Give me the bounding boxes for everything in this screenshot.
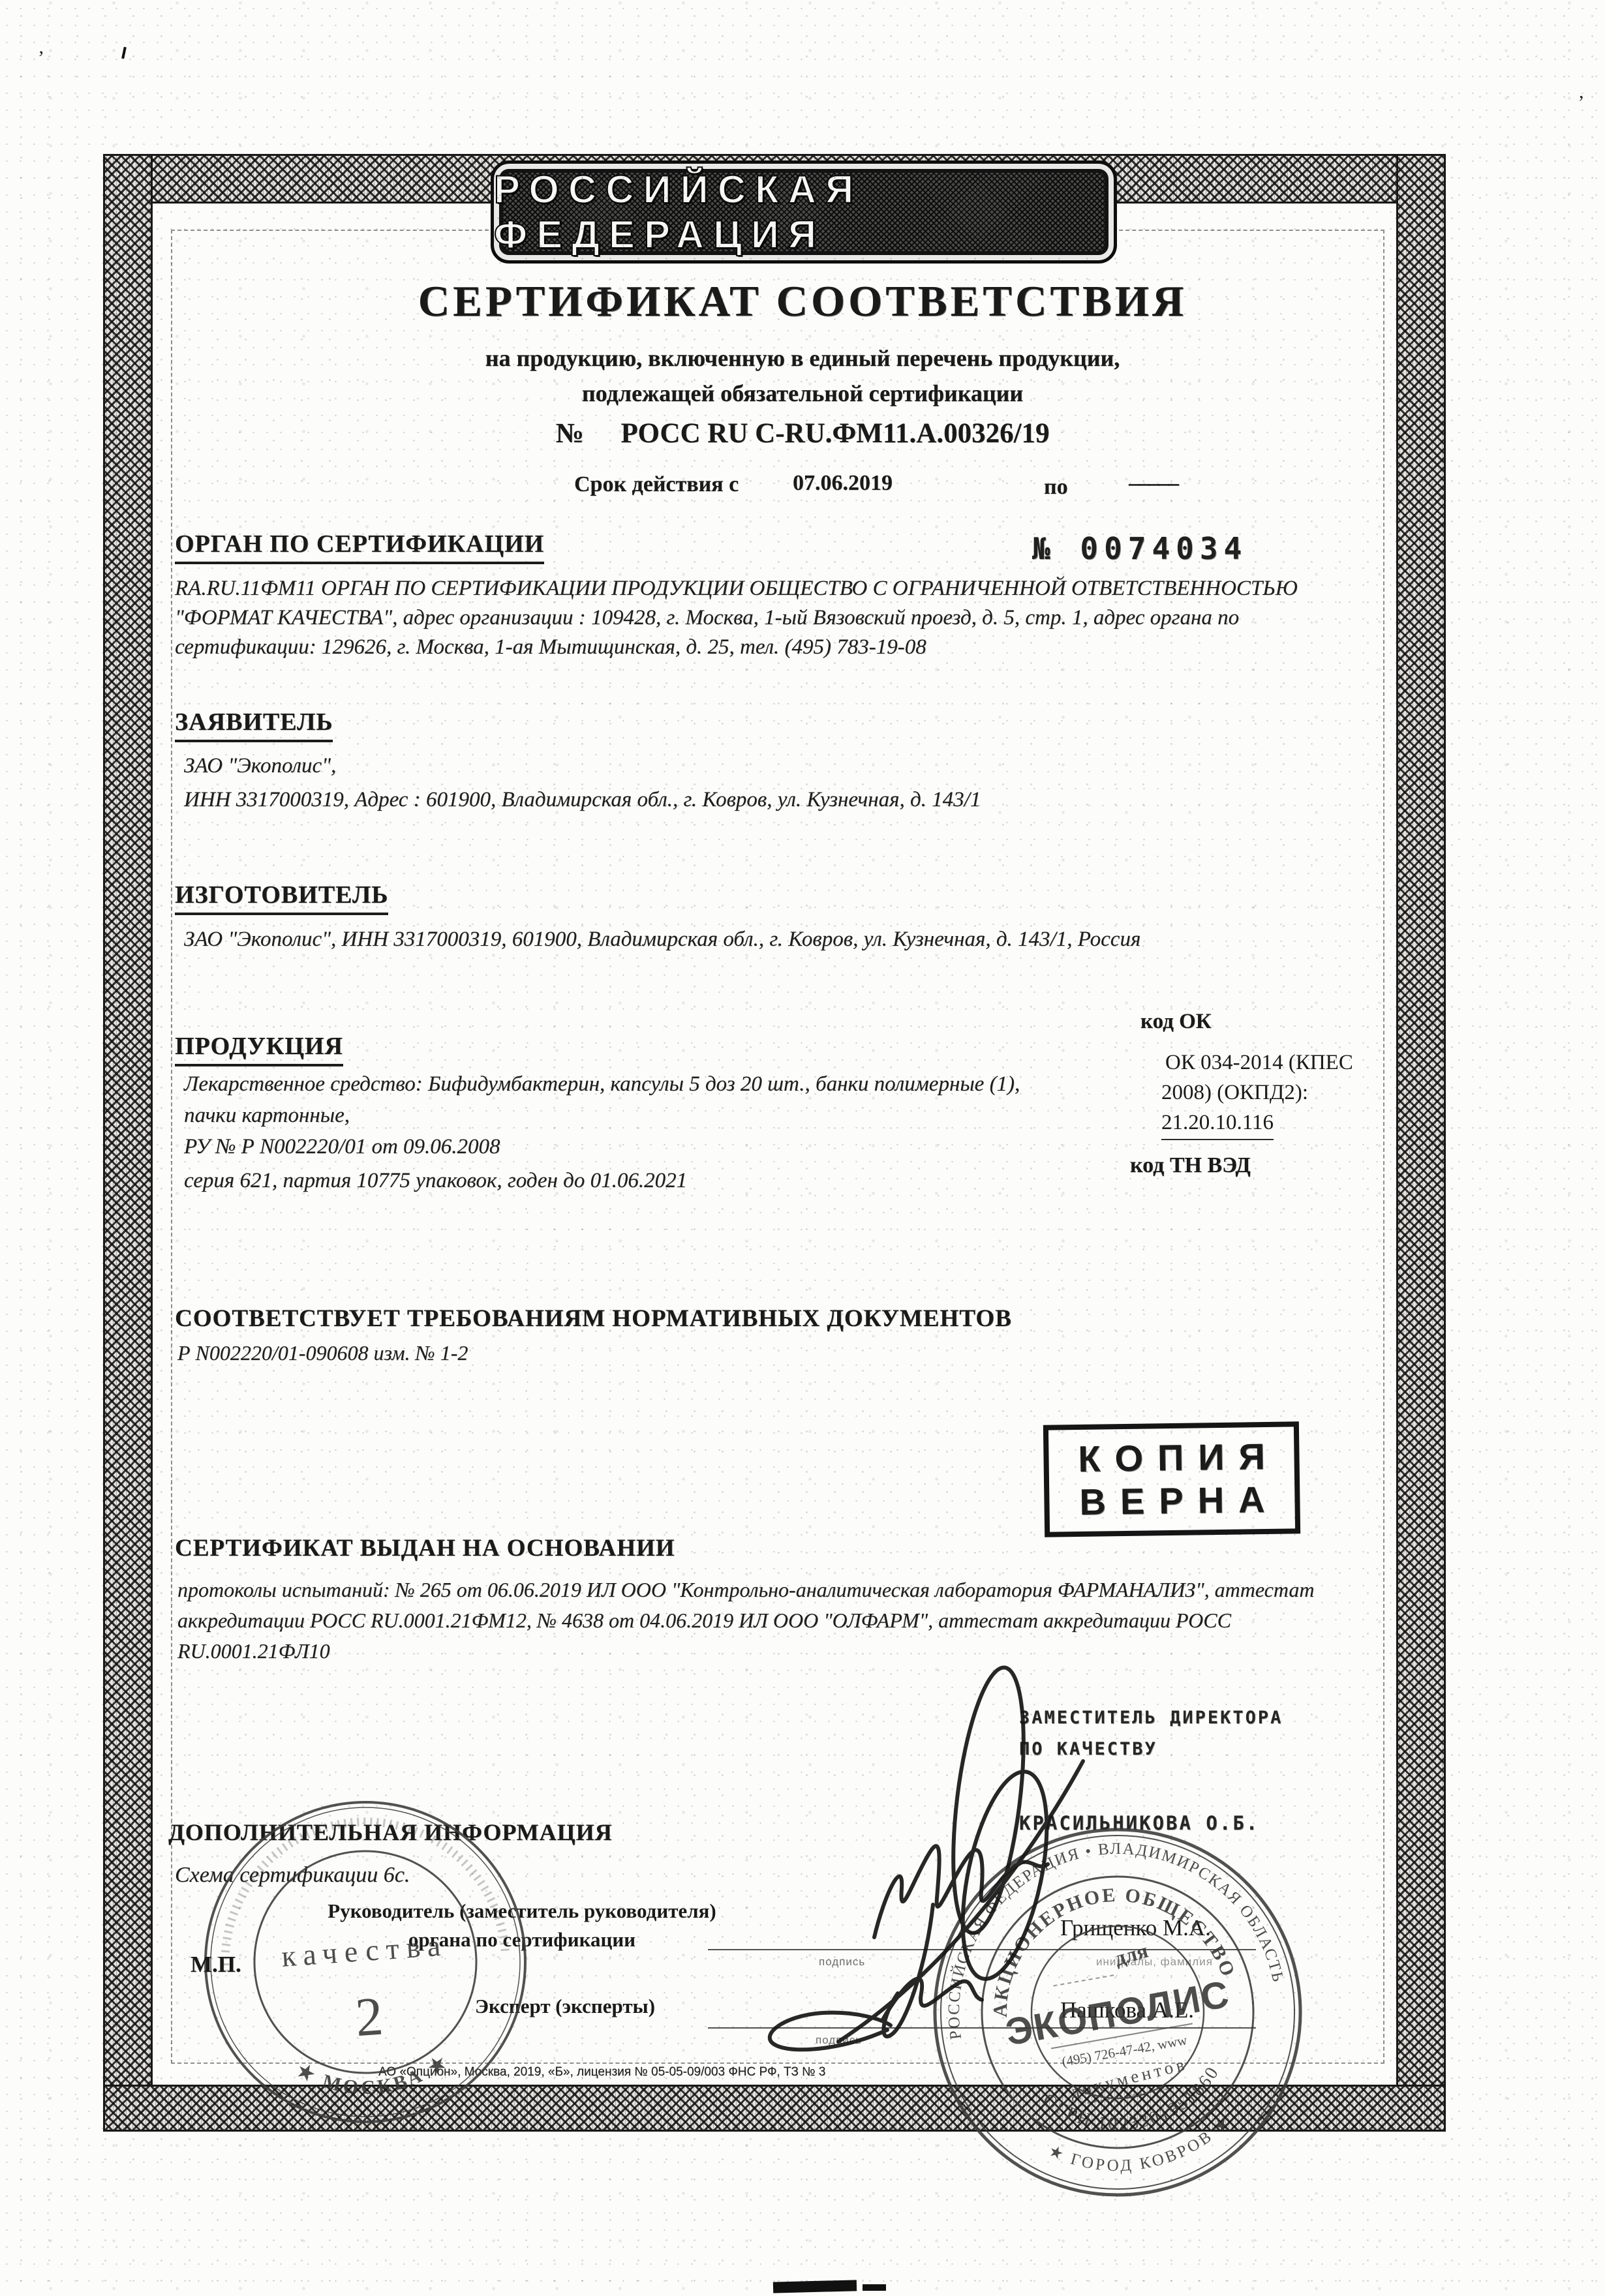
copy-verna-line1: КОПИЯ [1063,1437,1279,1479]
product-line1: Лекарственное средство: Бифидумбактерин,… [184,1070,1137,1099]
certificate-number-row: № РОСС RU C-RU.ФМ11.А.00326/19 [555,417,1049,449]
round-stamp-moscow: ★ МОСКВА ★ качества 2 [196,1792,535,2132]
stamp-left-center-word: качества [281,1928,449,1973]
code-ok-line1: ОК 034-2014 (КПЕС [1165,1048,1353,1078]
certificate-number-label: № [555,418,583,449]
signature-stroke-expert [882,1979,982,2021]
border-left-band [103,154,153,2132]
scan-artefact-smudge [773,2280,857,2293]
scan-artefact-mark [121,47,127,59]
mp-label: М.П. [191,1952,241,1978]
section-product-heading: ПРОДУКЦИЯ [175,1032,343,1066]
section-manufacturer-heading: ИЗГОТОВИТЕЛЬ [175,881,388,915]
certificate-page: РОССИЙСКАЯ ФЕДЕРАЦИЯ СЕРТИФИКАТ СООТВЕТС… [0,0,1605,2296]
border-right-band [1396,154,1446,2132]
stamp-left-number: 2 [354,1986,385,2048]
applicant-details: ИНН 3317000319, Адрес : 601900, Владимир… [184,785,1345,815]
stamp-left-bottom-arc: ★ МОСКВА ★ [292,2049,455,2104]
code-ok-line2: 2008) (ОКПД2): [1161,1078,1308,1108]
federation-banner: РОССИЙСКАЯ ФЕДЕРАЦИЯ [491,160,1117,264]
copy-verna-line2: ВЕРНА [1065,1480,1279,1522]
federation-banner-text: РОССИЙСКАЯ ФЕДЕРАЦИЯ [494,167,1114,257]
code-ok-line3: 21.20.10.116 [1161,1108,1274,1140]
validity-from-date: 07.06.2019 [793,471,893,496]
applicant-name: ЗАО "Экополис", [184,751,336,781]
scan-artefact-mark: ’ [38,47,44,69]
section-basis-heading: СЕРТИФИКАТ ВЫДАН НА ОСНОВАНИИ [175,1534,675,1562]
validity-to-label: по [1044,475,1068,500]
product-series-line: серия 621, партия 10775 упаковок, годен … [184,1166,687,1196]
section-applicant-heading: ЗАЯВИТЕЛЬ [175,708,333,742]
certificate-number: РОСС RU C-RU.ФМ11.А.00326/19 [620,418,1049,449]
section-conformity-heading: СООТВЕТСТВУЕТ ТРЕБОВАНИЯМ НОРМАТИВНЫХ ДО… [175,1305,1012,1333]
org-details: RA.RU.11ФМ11 ОРГАН ПО СЕРТИФИКАЦИИ ПРОДУ… [175,574,1349,662]
manufacturer-details: ЗАО "Экополис", ИНН 3317000319, 601900, … [184,925,1358,954]
blank-number: № 0074034 [1032,531,1247,566]
handwritten-signatures [652,1598,1370,2120]
product-ru-line: РУ № Р N002220/01 от 09.06.2008 [184,1132,500,1162]
certificate-subtitle-2: подлежащей обязательной сертификации [582,380,1023,407]
certificate-subtitle-1: на продукцию, включенную в единый перече… [485,344,1120,372]
scan-artefact-smudge [863,2284,886,2291]
code-tnved-label: код ТН ВЭД [1130,1153,1251,1178]
certificate-title: СЕРТИФИКАТ СООТВЕТСТВИЯ [418,277,1187,327]
code-ok-label: код ОК [1140,1010,1212,1034]
validity-label: Срок действия с [574,472,739,497]
signature-stroke-expert-loop [770,2013,891,2050]
validity-to-dash: ––––– [1129,471,1178,496]
scan-artefact-mark: , [1579,81,1584,103]
conformity-doc: Р N002220/01-090608 изм. № 1-2 [177,1338,468,1368]
product-line2: пачки картонные, [184,1101,350,1130]
copy-verna-stamp: КОПИЯ ВЕРНА [1043,1421,1300,1537]
section-org-heading: ОРГАН ПО СЕРТИФИКАЦИИ [175,530,544,564]
